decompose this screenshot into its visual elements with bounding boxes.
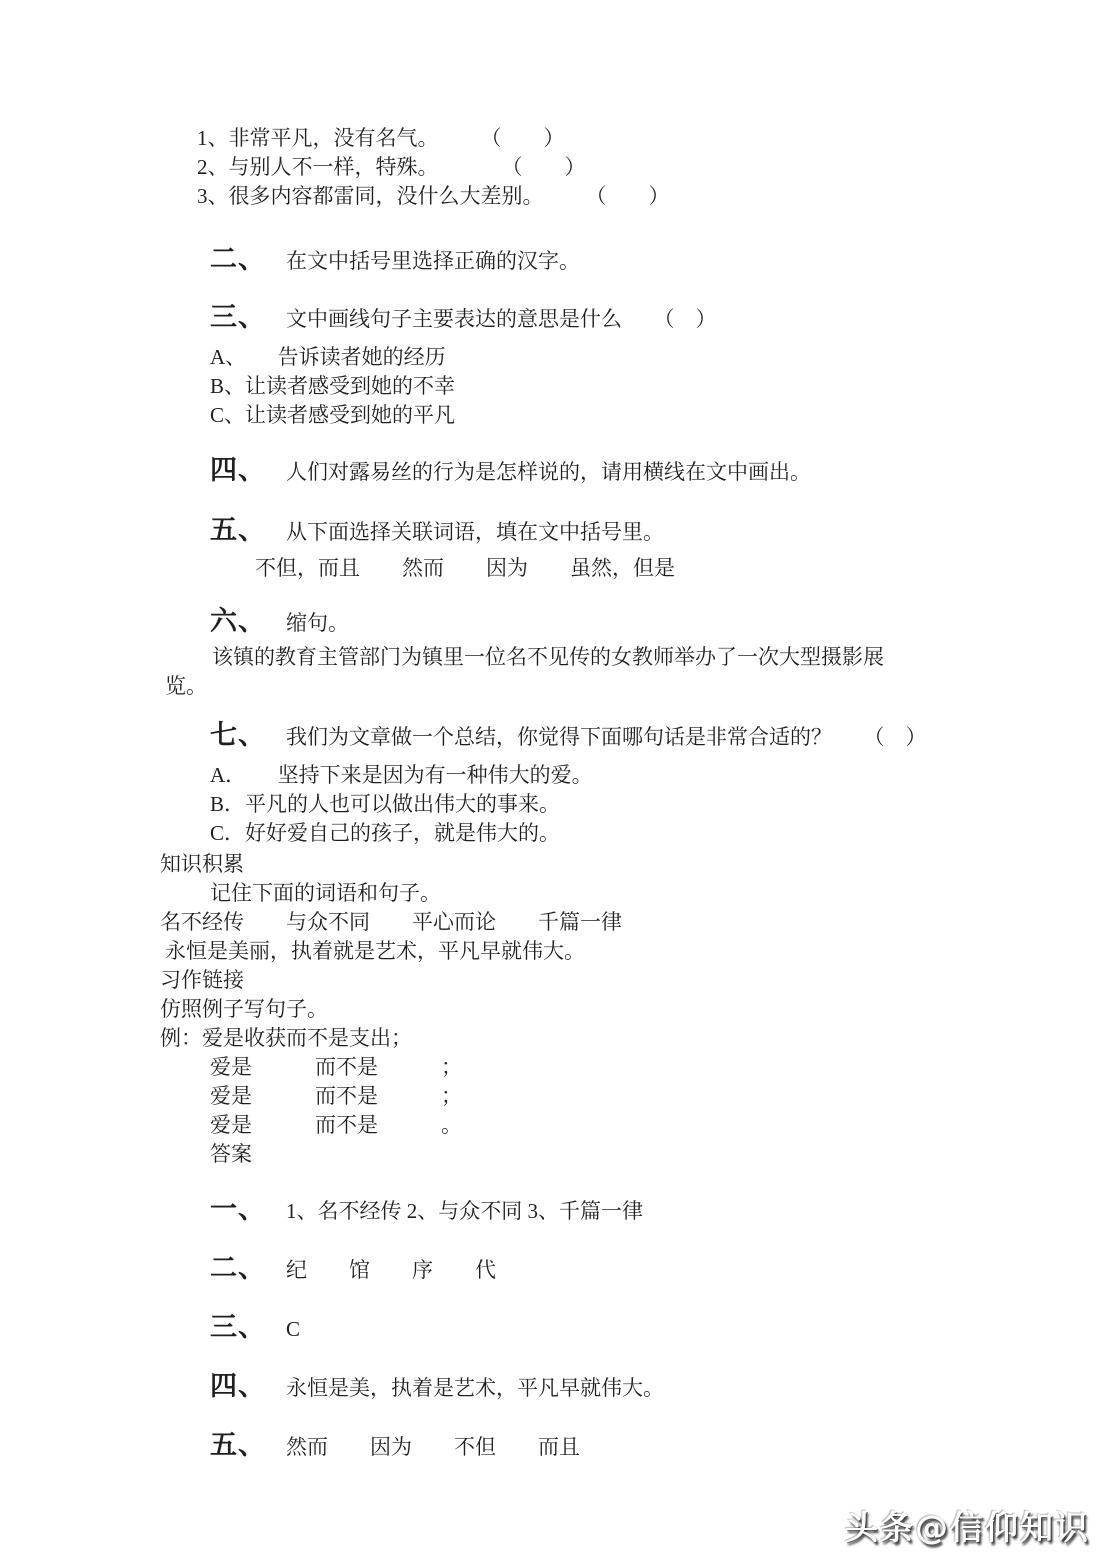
section-4-title: 人们对露易丝的行为是怎样说的，请用横线在文中画出。 [286,460,811,484]
section-3-option-b: B、让读者感受到她的不幸 [210,372,972,401]
section-6-title: 缩句。 [286,611,349,635]
section-7-heading: 七、我们为文章做一个总结，你觉得下面哪句话是非常合适的？ （ ） [210,717,972,755]
section-4-number: 四、 [210,452,286,488]
answer-4-text: 永恒是美，执着是艺术，平凡早就伟大。 [286,1376,664,1400]
section-7-number: 七、 [210,717,286,753]
section-3-title: 文中画线句子主要表达的意思是什么 （ ） [286,307,717,331]
knowledge-idioms: 名不经传 与众不同 平心而论 千篇一律 [160,908,972,937]
answer-row-3: 三、C [210,1309,972,1347]
section-3-option-c: C、让读者感受到她的平凡 [210,401,972,430]
answer-3-number: 三、 [210,1309,286,1345]
section-7-option-b: B．平凡的人也可以做出伟大的事来。 [210,790,972,819]
writing-blank-2: 爱是 而不是 ； [210,1082,972,1111]
section-7-option-a: A． 坚持下来是因为有一种伟大的爱。 [210,761,972,790]
section-2-heading: 二、在文中括号里选择正确的汉字。 [210,241,972,279]
answer-1-text: 1、名不经传 2、与众不同 3、千篇一律 [286,1199,643,1223]
matching-item-3: 3、很多内容都雷同，没什么大差别。 （ ） [197,182,972,211]
section-7-option-c: C．好好爱自己的孩子，就是伟大的。 [210,819,972,848]
section-5-number: 五、 [210,512,286,548]
knowledge-instruction: 记住下面的词语和句子。 [210,879,972,908]
section-5-title: 从下面选择关联词语，填在文中括号里。 [286,520,664,544]
answer-row-5: 五、然而 因为 不但 而且 [210,1427,972,1465]
answer-row-1: 一、1、名不经传 2、与众不同 3、千篇一律 [210,1191,972,1229]
answer-row-2: 二、纪 馆 序 代 [210,1250,972,1288]
answer-2-number: 二、 [210,1250,286,1286]
section-6-sentence-line-2: 览。 [165,672,972,701]
section-6-number: 六、 [210,603,286,639]
answer-row-4: 四、永恒是美，执着是艺术，平凡早就伟大。 [210,1368,972,1406]
section-3-option-a: A、 告诉读者她的经历 [210,343,972,372]
writing-example: 例：爱是收获而不是支出； [160,1024,972,1053]
matching-item-1: 1、非常平凡，没有名气。 （ ） [197,124,972,153]
knowledge-sentence: 永恒是美丽，执着就是艺术，平凡早就伟大。 [165,937,972,966]
section-3-options: A、 告诉读者她的经历 B、让读者感受到她的不幸 C、让读者感受到她的平凡 [210,343,972,430]
section-7-options: A． 坚持下来是因为有一种伟大的爱。 B．平凡的人也可以做出伟大的事来。 C．好… [210,761,972,848]
section-3-number: 三、 [210,299,286,335]
answer-1-number: 一、 [210,1191,286,1227]
writing-blank-3: 爱是 而不是 。 [210,1111,972,1140]
matching-items-list: 1、非常平凡，没有名气。 （ ） 2、与别人不一样，特殊。 （ ） 3、很多内容… [197,124,972,211]
writing-blank-1: 爱是 而不是 ； [210,1053,972,1082]
answer-4-number: 四、 [210,1368,286,1404]
answers-heading: 答案 [210,1140,972,1169]
section-6-sentence: 该镇的教育主管部门为镇里一位名不见传的女教师举办了一次大型摄影展 览。 [160,643,972,701]
section-4-heading: 四、人们对露易丝的行为是怎样说的，请用横线在文中画出。 [210,452,972,490]
section-5-word-bank: 不但，而且 然而 因为 虽然，但是 [255,554,972,583]
worksheet-page: 1、非常平凡，没有名气。 （ ） 2、与别人不一样，特殊。 （ ） 3、很多内容… [0,0,1102,1559]
answer-3-text: C [286,1317,300,1341]
answer-5-text: 然而 因为 不但 而且 [286,1435,580,1459]
watermark: 头条@信仰知识 [845,1502,1090,1549]
section-7-title: 我们为文章做一个总结，你觉得下面哪句话是非常合适的？ （ ） [286,725,927,749]
worksheet-content: 1、非常平凡，没有名气。 （ ） 2、与别人不一样，特殊。 （ ） 3、很多内容… [0,0,1102,1465]
answer-5-number: 五、 [210,1427,286,1463]
section-5-heading: 五、从下面选择关联词语，填在文中括号里。 [210,512,972,550]
answer-2-text: 纪 馆 序 代 [286,1258,496,1282]
section-2-title: 在文中括号里选择正确的汉字。 [286,249,580,273]
writing-instruction: 仿照例子写句子。 [160,995,972,1024]
matching-item-2: 2、与别人不一样，特殊。 （ ） [197,153,972,182]
section-6-sentence-line-1: 该镇的教育主管部门为镇里一位名不见传的女教师举办了一次大型摄影展 [212,643,972,672]
writing-heading: 习作链接 [160,966,972,995]
section-3-heading: 三、文中画线句子主要表达的意思是什么 （ ） [210,299,972,337]
section-2-number: 二、 [210,241,286,277]
section-6-heading: 六、缩句。 [210,603,972,641]
knowledge-heading: 知识积累 [160,850,972,879]
